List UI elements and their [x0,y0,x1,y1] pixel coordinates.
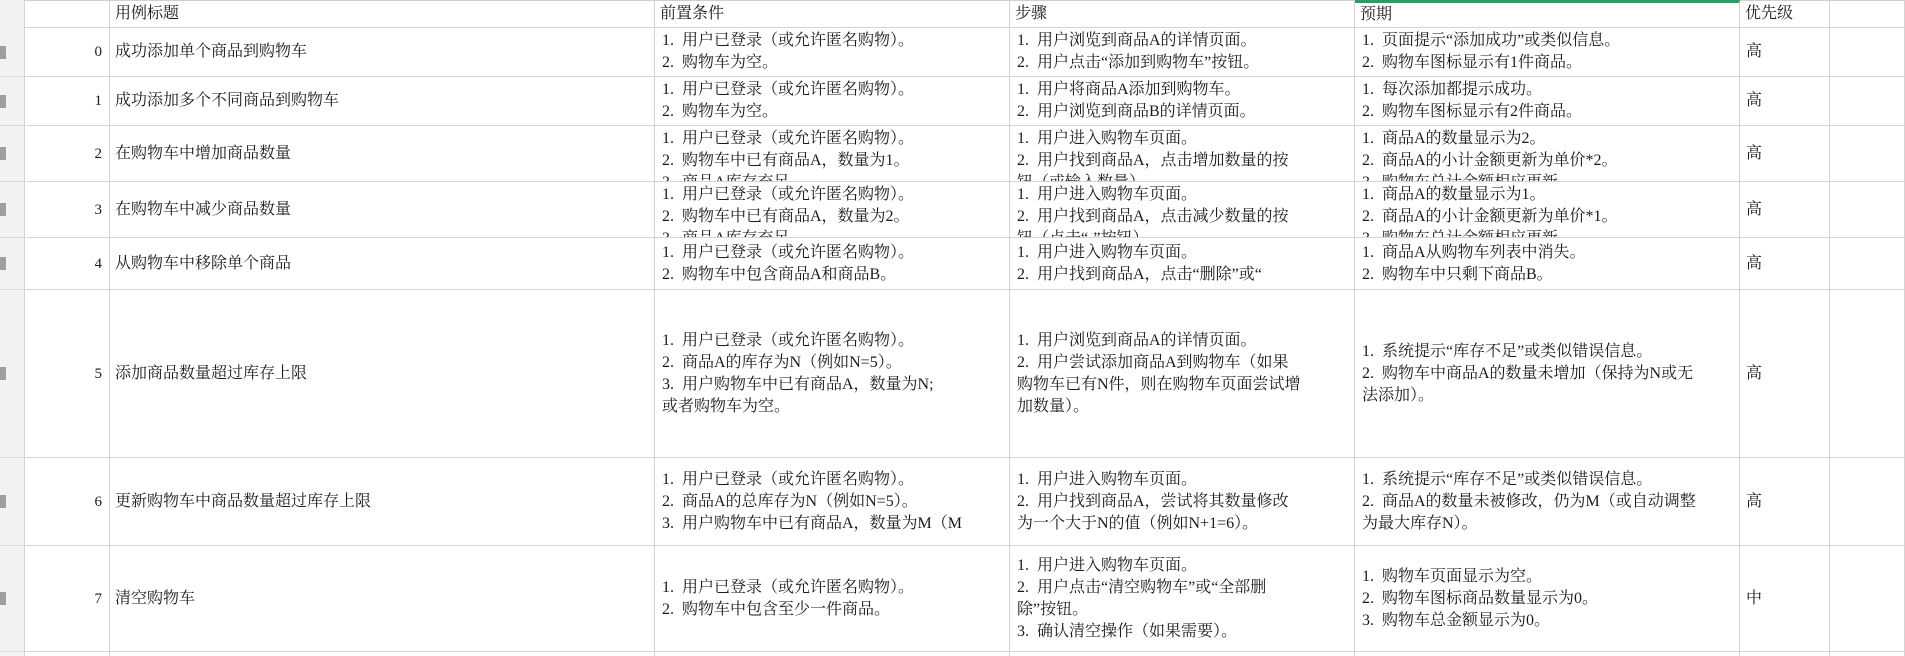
cell-line: 1. 用户将商品A添加到购物车。 [1017,79,1352,101]
clipped-row-number [0,257,6,270]
priority-cell[interactable]: 高 [1740,182,1830,238]
cell-line: 1. 用户进入购物车页面。 [1017,242,1352,264]
expected-cell[interactable]: 1. 每次添加都提示成功。2. 购物车图标显示有2件商品。 [1355,77,1740,126]
preconditions-cell[interactable]: 1. 用户已登录（或允许匿名购物）。2. 购物车为空。 [655,77,1010,126]
gutter-gridline [0,76,25,77]
steps-cell[interactable]: 1. 用户浏览到商品A的详情页面。2. 用户尝试添加商品A到购物车（如果购物车已… [1010,290,1355,458]
gutter-gridline [0,125,25,126]
cell-line: 1. 用户已登录（或允许匿名购物）。 [662,184,1007,206]
cell-line: 添加商品数量超过库存上限 [115,363,654,385]
cell-line: 2. 用户找到商品A，尝试将其数量修改 [1017,491,1352,513]
clipped-row-number [0,203,6,216]
cell-line: 高 [1746,199,1829,221]
test-case-table: 用例标题 前置条件 步骤 预期 优先级 0成功添加单个商品到购物车1. 用户已登… [25,0,1905,656]
row-index-cell[interactable]: 1 [25,77,110,126]
cell-line: 3. 用户购物车中已有商品A，数量为M（M [662,513,1007,535]
title-cell[interactable]: 在购物车中减少商品数量 [110,182,655,238]
column-header-empty[interactable] [1830,0,1905,28]
row-index-cell[interactable]: 0 [25,28,110,77]
cell-line: 0 [95,41,103,63]
steps-cell[interactable]: 1. 用户浏览到商品A的详情页面。2. 用户点击“添加到购物车”按钮。 [1010,28,1355,77]
steps-cell[interactable]: 1. 用户进入购物车页面。2. 用户点击“清空购物车”或“全部删除”按钮。3. … [1010,546,1355,652]
preconditions-cell[interactable]: 1. 用户已登录（或允许匿名购物）。2. 购物车中包含商品A和商品B。 [655,238,1010,290]
preconditions-cell[interactable]: 1. 用户已登录（或允许匿名购物）。2. 购物车为空。 [655,28,1010,77]
empty-cell [1010,652,1355,656]
row-index-cell[interactable]: 4 [25,238,110,290]
empty-cell[interactable] [1830,126,1905,182]
cell-line: 1 [95,90,103,112]
row-index-cell[interactable]: 7 [25,546,110,652]
cell-line: 购物车已有N件，则在购物车页面尝试增 [1017,374,1352,396]
priority-cell[interactable]: 高 [1740,28,1830,77]
expected-cell[interactable]: 1. 商品A的数量显示为1。2. 商品A的小计金额更新为单价*1。3. 购物车总… [1355,182,1740,238]
cell-line: 2. 购物车中包含至少一件商品。 [662,599,1007,621]
cell-line: 3 [95,199,103,221]
cell-line: 5 [95,363,103,385]
cell-line: 在购物车中减少商品数量 [115,199,654,221]
empty-cell [25,652,110,656]
cell-line: 2. 用户找到商品A，点击增加数量的按 [1017,150,1352,172]
priority-cell[interactable]: 高 [1740,458,1830,546]
cell-line: 1. 用户已登录（或允许匿名购物）。 [662,128,1007,150]
cell-line: 3. 商品A库存充足。 [662,172,1007,182]
cell-line: 从购物车中移除单个商品 [115,253,654,275]
title-cell[interactable]: 更新购物车中商品数量超过库存上限 [110,458,655,546]
cell-line: 1. 购物车页面显示为空。 [1362,566,1737,588]
cell-line: 2. 购物车中只剩下商品B。 [1362,264,1737,286]
cell-line: 1. 用户已登录（或允许匿名购物）。 [662,577,1007,599]
header-label: 步骤 [1015,3,1354,25]
cell-line: 法添加）。 [1362,385,1737,407]
cell-line: 1. 用户进入购物车页面。 [1017,555,1352,577]
cell-line: 2. 商品A的库存为N（例如N=5）。 [662,352,1007,374]
priority-cell[interactable]: 高 [1740,238,1830,290]
cell-line: 2. 用户找到商品A，点击“删除”或“ [1017,264,1352,286]
preconditions-cell[interactable]: 1. 用户已登录（或允许匿名购物）。2. 购物车中包含至少一件商品。 [655,546,1010,652]
clipped-row-number [0,495,6,508]
cell-line: 高 [1746,491,1829,513]
cell-line: 成功添加单个商品到购物车 [115,41,654,63]
header-label: 用例标题 [115,3,654,25]
priority-cell[interactable]: 高 [1740,290,1830,458]
preconditions-cell[interactable]: 1. 用户已登录（或允许匿名购物）。2. 商品A的库存为N（例如N=5）。3. … [655,290,1010,458]
clipped-row-number [0,46,6,59]
empty-cell [110,652,655,656]
expected-cell[interactable]: 1. 商品A的数量显示为2。2. 商品A的小计金额更新为单价*2。3. 购物车总… [1355,126,1740,182]
cell-line: 2. 用户点击“添加到购物车”按钮。 [1017,52,1352,74]
cell-line: 2. 购物车中商品A的数量未增加（保持为N或无 [1362,363,1737,385]
title-cell[interactable]: 在购物车中增加商品数量 [110,126,655,182]
expected-cell[interactable]: 1. 系统提示“库存不足”或类似错误信息。2. 购物车中商品A的数量未增加（保持… [1355,290,1740,458]
cell-line: 1. 系统提示“库存不足”或类似错误信息。 [1362,341,1737,363]
cell-line: 2. 商品A的总库存为N（例如N=5）。 [662,491,1007,513]
empty-cell [1355,652,1740,656]
row-index-cell[interactable]: 3 [25,182,110,238]
cell-line: 1. 用户浏览到商品A的详情页面。 [1017,30,1352,52]
cell-line: 2. 购物车中已有商品A，数量为1。 [662,150,1007,172]
priority-cell[interactable]: 高 [1740,126,1830,182]
title-cell[interactable]: 清空购物车 [110,546,655,652]
cell-line: 1. 用户进入购物车页面。 [1017,184,1352,206]
column-header-preconditions[interactable]: 前置条件 [655,0,1010,28]
cell-line: 2. 商品A的数量未被修改，仍为M（或自动调整 [1362,491,1737,513]
cell-line: 3. 用户购物车中已有商品A，数量为N; [662,374,1007,396]
steps-cell[interactable]: 1. 用户进入购物车页面。2. 用户找到商品A，尝试将其数量修改为一个大于N的值… [1010,458,1355,546]
row-index-header[interactable] [25,0,110,28]
empty-cell [1830,652,1905,656]
row-index-cell[interactable]: 5 [25,290,110,458]
cell-line: 2. 购物车图标商品数量显示为0。 [1362,588,1737,610]
cell-line: 更新购物车中商品数量超过库存上限 [115,491,654,513]
gutter-gridline [0,651,25,652]
cell-line: 1. 用户已登录（或允许匿名购物）。 [662,242,1007,264]
cell-line: 2. 用户浏览到商品B的详情页面。 [1017,101,1352,123]
title-cell[interactable]: 成功添加多个不同商品到购物车 [110,77,655,126]
expected-cell[interactable]: 1. 系统提示“库存不足”或类似错误信息。2. 商品A的数量未被修改，仍为M（或… [1355,458,1740,546]
cell-line: 钮（或输入数量）。 [1017,172,1352,182]
clipped-row-number [0,95,6,108]
cell-line: 2 [95,143,103,165]
cell-line: 1. 商品A的数量显示为2。 [1362,128,1737,150]
cell-line: 6 [95,491,103,513]
cell-line: 3. 确认清空操作（如果需要）。 [1017,621,1352,643]
gutter-gridline [0,237,25,238]
cell-line: 成功添加多个不同商品到购物车 [115,90,654,112]
title-cell[interactable]: 从购物车中移除单个商品 [110,238,655,290]
header-label: 预期 [1360,4,1739,26]
cell-line: 2. 用户找到商品A，点击减少数量的按 [1017,206,1352,228]
title-cell[interactable]: 成功添加单个商品到购物车 [110,28,655,77]
empty-cell [1740,652,1830,656]
spreadsheet-view: 用例标题 前置条件 步骤 预期 优先级 0成功添加单个商品到购物车1. 用户已登… [0,0,1905,656]
cell-line: 在购物车中增加商品数量 [115,143,654,165]
clipped-row-number [0,367,6,380]
cell-line: 2. 商品A的小计金额更新为单价*2。 [1362,150,1737,172]
cell-line: 2. 购物车中包含商品A和商品B。 [662,264,1007,286]
cell-line: 1. 用户已登录（或允许匿名购物）。 [662,30,1007,52]
cell-line: 1. 用户已登录（或允许匿名购物）。 [662,469,1007,491]
steps-cell[interactable]: 1. 用户进入购物车页面。2. 用户找到商品A，点击“删除”或“ [1010,238,1355,290]
empty-cell[interactable] [1830,77,1905,126]
empty-cell[interactable] [1830,28,1905,77]
expected-cell[interactable]: 1. 购物车页面显示为空。2. 购物车图标商品数量显示为0。3. 购物车总金额显… [1355,546,1740,652]
expected-cell[interactable]: 1. 页面提示“添加成功”或类似信息。2. 购物车图标显示有1件商品。 [1355,28,1740,77]
empty-cell[interactable] [1830,238,1905,290]
cell-line: 1. 商品A从购物车列表中消失。 [1362,242,1737,264]
gutter-gridline [0,289,25,290]
clipped-row-number [0,147,6,160]
cell-line: 高 [1746,90,1829,112]
empty-cell[interactable] [1830,182,1905,238]
cell-line: 1. 每次添加都提示成功。 [1362,79,1737,101]
cell-line: 2. 购物车为空。 [662,52,1007,74]
cell-line: 1. 系统提示“库存不足”或类似错误信息。 [1362,469,1737,491]
gutter-gridline [0,457,25,458]
header-label: 优先级 [1745,3,1829,25]
title-cell[interactable]: 添加商品数量超过库存上限 [110,290,655,458]
cell-line: 3. 购物车总计金额相应更新。 [1362,228,1737,238]
cell-line: 1. 用户已登录（或允许匿名购物）。 [662,79,1007,101]
cell-line: 1. 用户已登录（或允许匿名购物）。 [662,330,1007,352]
cell-line: 为最大库存N）。 [1362,513,1737,535]
cell-line: 钮（点击“-”按钮）。 [1017,228,1352,238]
row-index-cell[interactable]: 6 [25,458,110,546]
cell-line: 高 [1746,363,1829,385]
column-header-priority[interactable]: 优先级 [1740,0,1830,28]
cell-line: 1. 用户进入购物车页面。 [1017,469,1352,491]
clipped-row-number [0,592,6,605]
steps-cell[interactable]: 1. 用户进入购物车页面。2. 用户找到商品A，点击减少数量的按钮（点击“-”按… [1010,182,1355,238]
cell-line: 2. 用户尝试添加商品A到购物车（如果 [1017,352,1352,374]
cell-line: 1. 用户进入购物车页面。 [1017,128,1352,150]
cell-line: 2. 购物车图标显示有2件商品。 [1362,101,1737,123]
gutter-gridline [0,545,25,546]
empty-cell[interactable] [1830,458,1905,546]
preconditions-cell[interactable]: 1. 用户已登录（或允许匿名购物）。2. 购物车中已有商品A，数量为1。3. 商… [655,126,1010,182]
cell-line: 2. 购物车为空。 [662,101,1007,123]
header-label: 前置条件 [660,3,1009,25]
steps-cell[interactable]: 1. 用户进入购物车页面。2. 用户找到商品A，点击增加数量的按钮（或输入数量）… [1010,126,1355,182]
priority-cell[interactable]: 高 [1740,77,1830,126]
cell-line: 清空购物车 [115,588,654,610]
column-header-steps[interactable]: 步骤 [1010,0,1355,28]
preconditions-cell[interactable]: 1. 用户已登录（或允许匿名购物）。2. 购物车中已有商品A，数量为2。3. 商… [655,182,1010,238]
empty-cell[interactable] [1830,546,1905,652]
row-gutter [0,0,25,656]
cell-line: 除”按钮。 [1017,599,1352,621]
expected-cell[interactable]: 1. 商品A从购物车列表中消失。2. 购物车中只剩下商品B。 [1355,238,1740,290]
cell-line: 中 [1746,588,1829,610]
cell-line: 2. 购物车图标显示有1件商品。 [1362,52,1737,74]
cell-line: 为一个大于N的值（例如N+1=6）。 [1017,513,1352,535]
steps-cell[interactable]: 1. 用户将商品A添加到购物车。2. 用户浏览到商品B的详情页面。 [1010,77,1355,126]
cell-line: 3. 购物车总金额显示为0。 [1362,610,1737,632]
cell-line: 2. 购物车中已有商品A，数量为2。 [662,206,1007,228]
cell-line: 1. 页面提示“添加成功”或类似信息。 [1362,30,1737,52]
cell-line: 7 [95,588,103,610]
column-header-title[interactable]: 用例标题 [110,0,655,28]
empty-cell [655,652,1010,656]
cell-line: 高 [1746,41,1829,63]
cell-line: 1. 用户浏览到商品A的详情页面。 [1017,330,1352,352]
cell-line: 1. 商品A的数量显示为1。 [1362,184,1737,206]
cell-line: 3. 商品A库存充足。 [662,228,1007,238]
cell-line: 3. 购物车总计金额相应更新。 [1362,172,1737,182]
empty-cell[interactable] [1830,290,1905,458]
row-index-cell[interactable]: 2 [25,126,110,182]
gutter-gridline [0,181,25,182]
cell-line: 高 [1746,143,1829,165]
cell-line: 2. 用户点击“清空购物车”或“全部删 [1017,577,1352,599]
cell-line: 2. 商品A的小计金额更新为单价*1。 [1362,206,1737,228]
column-header-expected[interactable]: 预期 [1355,0,1740,28]
preconditions-cell[interactable]: 1. 用户已登录（或允许匿名购物）。2. 商品A的总库存为N（例如N=5）。3.… [655,458,1010,546]
cell-line: 4 [95,253,103,275]
cell-line: 加数量）。 [1017,396,1352,418]
priority-cell[interactable]: 中 [1740,546,1830,652]
cell-line: 或者购物车为空。 [662,396,1007,418]
cell-line: 高 [1746,253,1829,275]
